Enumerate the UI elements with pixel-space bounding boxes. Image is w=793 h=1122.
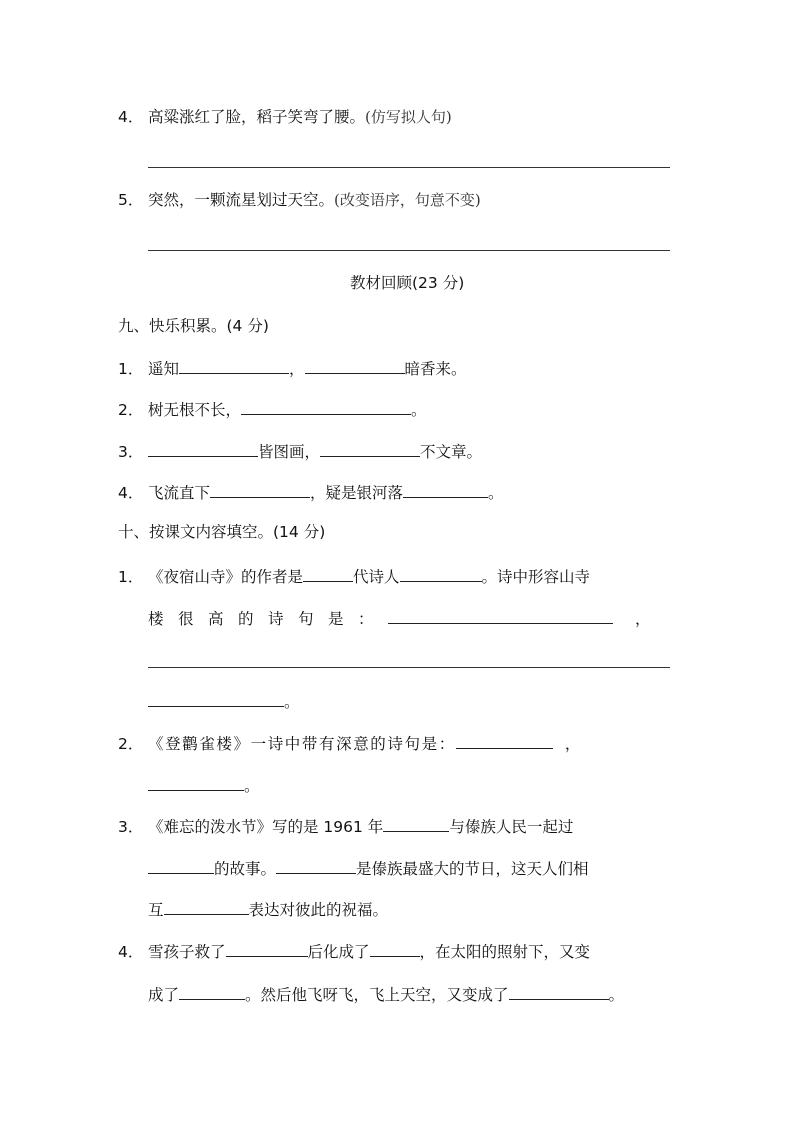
fill-blank[interactable] — [241, 398, 411, 415]
item-text: 高粱涨红了脸，稻子笑弯了腰。 — [148, 108, 365, 126]
item-text: 互 — [148, 901, 164, 919]
fill-blank[interactable] — [509, 983, 609, 1000]
item-text: ， — [289, 360, 305, 378]
item-number: 5． — [118, 190, 148, 210]
item-text: 。 — [284, 693, 300, 711]
item-instruction: (改变语序，句意不变) — [334, 191, 481, 209]
item-text: 。诗中形容山寺 — [482, 568, 591, 586]
q10-item-1-line-4: 。 — [148, 690, 300, 712]
question-10-heading: 十、按课文内容填空。(14 分) — [118, 522, 325, 542]
item-instruction: (仿写拟人句) — [365, 108, 452, 126]
fill-blank[interactable] — [148, 774, 244, 791]
item-number: 1． — [118, 359, 148, 379]
fill-blank[interactable] — [148, 440, 258, 457]
item-text: 表达对彼此的祝福。 — [249, 901, 389, 919]
fill-blank[interactable] — [148, 690, 284, 707]
item-text: 。 — [488, 484, 504, 502]
fill-blank[interactable] — [179, 983, 245, 1000]
q10-item-3-line-2: 的故事。是傣族最盛大的节日，这天人们相 — [148, 857, 589, 879]
item-text: 成了 — [148, 986, 179, 1004]
q10-item-4: 4．雪孩子救了后化成了，在太阳的照射下，又变 — [118, 940, 590, 962]
question-9-heading: 九、快乐积累。(4 分) — [118, 316, 269, 336]
item-text: 飞流直下 — [148, 484, 210, 502]
fill-blank[interactable] — [226, 940, 308, 957]
answer-line[interactable] — [148, 250, 670, 251]
q10-item-3-line-3: 互表达对彼此的祝福。 — [148, 898, 388, 920]
item-text: ，疑是银河落 — [310, 484, 403, 502]
item-text: 不文章。 — [420, 443, 482, 461]
item-text: 与傣族人民一起过 — [449, 818, 573, 836]
q10-item-1: 1．《夜宿山寺》的作者是代诗人。诗中形容山寺 — [118, 565, 590, 587]
item-text: 是傣族最盛大的节日，这天人们相 — [356, 860, 589, 878]
fill-blank[interactable] — [303, 565, 353, 582]
q9-item-3: 3．皆图画，不文章。 — [118, 440, 482, 462]
item-text: 树无根不长， — [148, 401, 241, 419]
item-number: 2． — [118, 734, 148, 754]
fill-blank[interactable] — [456, 732, 553, 749]
item-text: 。然后他飞呀飞，飞上天空，又变成了 — [245, 986, 509, 1004]
item-text: 雪孩子救了 — [148, 943, 226, 961]
q9-item-4: 4．飞流直下，疑是银河落。 — [118, 481, 504, 503]
item-text: 遥知 — [148, 360, 179, 378]
q10-item-4-line-2: 成了。然后他飞呀飞，飞上天空，又变成了。 — [148, 983, 624, 1005]
item-text: 《夜宿山寺》的作者是 — [148, 568, 303, 586]
fill-blank[interactable] — [276, 857, 356, 874]
item-text: 突然，一颗流星划过天空。 — [148, 191, 334, 209]
item-number: 2． — [118, 400, 148, 420]
answer-line[interactable] — [148, 167, 670, 168]
item-text: 《难忘的泼水节》写的是 1961 年 — [148, 818, 383, 836]
fill-blank[interactable] — [400, 565, 482, 582]
item-text: 。 — [244, 777, 260, 795]
fill-blank[interactable] — [148, 857, 214, 874]
item-text: 。 — [411, 401, 427, 419]
item-number: 4． — [118, 107, 148, 127]
q10-item-1-line-2: 楼很高的诗句是：， — [148, 607, 651, 629]
fill-blank[interactable] — [370, 940, 420, 957]
fill-blank[interactable] — [164, 898, 249, 915]
fill-blank[interactable] — [383, 815, 449, 832]
answer-line[interactable] — [148, 667, 670, 668]
item-text: 暗香来。 — [405, 360, 467, 378]
exercise-item-4: 4．高粱涨红了脸，稻子笑弯了腰。(仿写拟人句) — [118, 107, 452, 127]
q10-item-2-line-2: 。 — [148, 774, 260, 796]
item-text: 。 — [609, 986, 625, 1004]
fill-blank[interactable] — [305, 357, 405, 374]
q9-item-2: 2．树无根不长，。 — [118, 398, 427, 420]
fill-blank[interactable] — [179, 357, 289, 374]
item-text: 楼很高的诗句是： — [148, 610, 388, 628]
q9-item-1: 1．遥知，暗香来。 — [118, 357, 467, 379]
item-text: ，在太阳的照射下，又变 — [420, 943, 591, 961]
item-text: 后化成了 — [308, 943, 370, 961]
fill-blank[interactable] — [320, 440, 420, 457]
q10-item-3: 3．《难忘的泼水节》写的是 1961 年与傣族人民一起过 — [118, 815, 573, 837]
item-text: 皆图画， — [258, 443, 320, 461]
q10-item-2: 2．《登鹳雀楼》一诗中带有深意的诗句是：， — [118, 732, 580, 754]
item-text: 《登鹳雀楼》一诗中带有深意的诗句是： — [148, 735, 456, 753]
item-text: ， — [635, 610, 651, 628]
fill-blank[interactable] — [388, 607, 613, 624]
item-number: 1． — [118, 567, 148, 587]
exercise-item-5: 5．突然，一颗流星划过天空。(改变语序，句意不变) — [118, 190, 481, 210]
item-text: ， — [565, 735, 581, 753]
item-text: 的故事。 — [214, 860, 276, 878]
fill-blank[interactable] — [403, 481, 488, 498]
item-number: 3． — [118, 442, 148, 462]
section-title: 教材回顾(23 分) — [350, 273, 464, 293]
item-number: 4． — [118, 942, 148, 962]
item-text: 代诗人 — [353, 568, 400, 586]
item-number: 3． — [118, 817, 148, 837]
item-number: 4． — [118, 483, 148, 503]
fill-blank[interactable] — [210, 481, 310, 498]
